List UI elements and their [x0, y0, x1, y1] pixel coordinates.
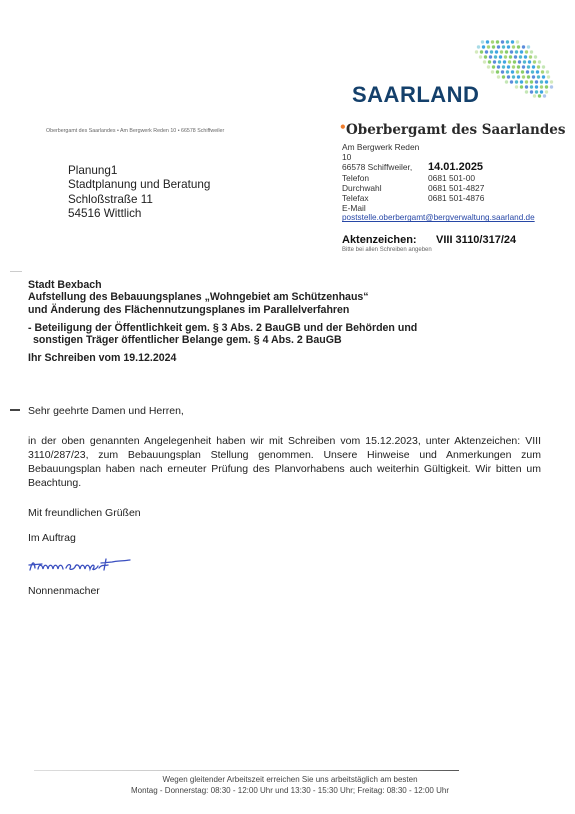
contact-direct-dial: 0681 501-4827	[428, 183, 484, 193]
sender-return-line: Oberbergamt des Saarlandes • Am Bergwerk…	[46, 128, 224, 134]
bullet-dot-icon: •	[339, 120, 347, 134]
on-behalf-line: Im Auftrag	[28, 532, 76, 544]
recipient-line: Schloßstraße 11	[68, 193, 210, 207]
subject-line: und Änderung des Flächennutzungsplanes i…	[28, 304, 548, 316]
authority-name: • Oberbergamt des Saarlandes	[342, 122, 572, 138]
contact-label: Durchwahl	[342, 183, 428, 193]
contact-label: Telefon	[342, 173, 428, 183]
recipient-address: Planung1 Stadtplanung und Beratung Schlo…	[68, 164, 210, 221]
subject-item: sonstigen Träger öffentlicher Belange ge…	[28, 334, 548, 346]
closing: Mit freundlichen Grüßen	[28, 507, 141, 519]
footer-line: Montag - Donnerstag: 08:30 - 12:00 Uhr u…	[100, 786, 480, 797]
file-ref-note: Bitte bei allen Schreiben angeben	[342, 247, 572, 253]
contact-fax: 0681 501-4876	[428, 193, 484, 203]
fold-mark	[10, 271, 22, 272]
letter-body: Sehr geehrte Damen und Herren, in der ob…	[28, 404, 541, 490]
file-ref-label: Aktenzeichen:	[342, 234, 436, 246]
punch-mark	[10, 409, 20, 411]
authority-info-block: • Oberbergamt des Saarlandes Am Bergwerk…	[342, 122, 572, 253]
signature-icon	[26, 552, 136, 578]
email-label: E-Mail	[342, 203, 428, 213]
contact-phone: 0681 501-00	[428, 173, 475, 183]
subject-block: Stadt Bexbach Aufstellung des Bebauungsp…	[28, 279, 548, 365]
footer-divider	[34, 770, 459, 771]
file-ref-value: VIII 3110/317/24	[436, 234, 516, 246]
recipient-line: Stadtplanung und Beratung	[68, 178, 210, 192]
authority-city: 66578 Schiffweiler,	[342, 162, 428, 172]
signer-name: Nonnenmacher	[28, 585, 100, 597]
recipient-line: Planung1	[68, 164, 210, 178]
saarland-logo: SAARLAND	[352, 38, 567, 110]
logo-wordmark: SAARLAND	[352, 82, 479, 108]
handwritten-signature	[26, 552, 136, 583]
authority-name-text: Oberbergamt des Saarlandes	[346, 122, 565, 138]
subject-item: - Beteiligung der Öffentlichkeit gem. § …	[28, 322, 548, 334]
subject-line: Aufstellung des Bebauungsplanes „Wohngeb…	[28, 291, 548, 303]
recipient-line: 54516 Wittlich	[68, 207, 210, 221]
footer-office-hours: Wegen gleitender Arbeitszeit erreichen S…	[100, 775, 480, 796]
reference-line: Ihr Schreiben vom 19.12.2024	[28, 352, 548, 364]
letter-date: 14.01.2025	[428, 162, 483, 172]
subject-line: Stadt Bexbach	[28, 279, 548, 291]
salutation: Sehr geehrte Damen und Herren,	[28, 404, 541, 418]
body-paragraph: in der oben genannten Angelegenheit habe…	[28, 434, 541, 490]
saarland-map-dots-icon	[470, 38, 555, 100]
footer-line: Wegen gleitender Arbeitszeit erreichen S…	[100, 775, 480, 786]
authority-street: Am Bergwerk Reden 10	[342, 142, 428, 162]
email-link[interactable]: poststelle.oberbergamt@bergverwaltung.sa…	[342, 213, 535, 223]
contact-label: Telefax	[342, 193, 428, 203]
